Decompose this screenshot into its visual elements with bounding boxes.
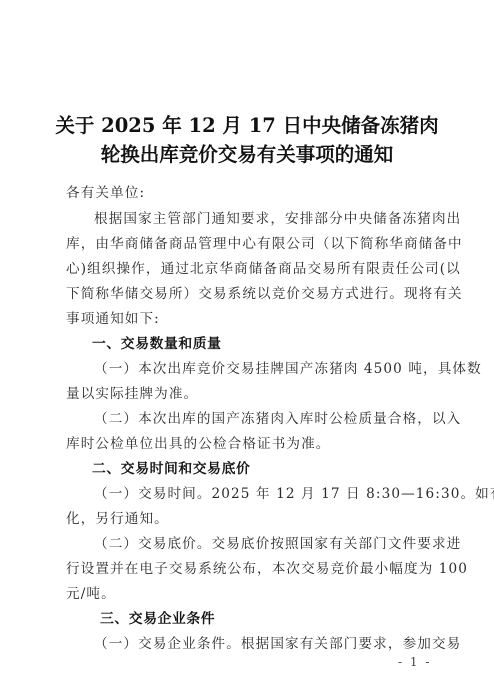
section-1-item-1-line-1: （一）本次出库竞价交易挂牌国产冻猪肉 4500 吨，具体数 [94,357,482,377]
section-2-item-1-line-1: （一）交易时间。2025 年 12 月 17 日 8:30—16:30。如有变 [94,482,494,502]
section-3-item-1-line-1: （一）交易企业条件。根据国家有关部门要求，参加交易 [94,632,461,652]
intro-line-1: 根据国家主管部门通知要求，安排部分中央储备冻猪肉出 [94,207,461,227]
document-title-line-2: 轮换出库竞价交易有关事项的通知 [0,139,494,167]
section-1-item-1-line-2: 量以实际挂牌为准。 [66,382,198,402]
document-title-line-1: 关于 2025 年 12 月 17 日中央储备冻猪肉 [0,110,494,138]
intro-line-4: 下简称华储交易所）交易系统以竞价交易方式进行。现将有关 [66,282,463,302]
section-heading-2: 二、交易时间和交易底价 [92,457,250,477]
section-1-item-2-line-1: （二）本次出库的国产冻猪肉入库时公检质量合格，以入 [94,407,461,427]
section-2-item-2-line-3: 元/吨。 [66,582,116,602]
section-2-item-2-line-2: 行设置并在电子交易系统公布，本次交易竞价最小幅度为 100 [66,557,468,577]
page-number: - 1 - [398,655,431,669]
section-1-item-2-line-2: 库时公检单位出具的公检合格证书为准。 [66,432,331,452]
section-2-item-1-line-2: 化，另行通知。 [66,507,169,527]
intro-line-5: 事项通知如下: [66,307,160,327]
intro-line-2: 库，由华商储备商品管理中心有限公司（以下简称华商储备中 [66,232,463,252]
section-2-item-2-line-1: （二）交易底价。交易底价按照国家有关部门文件要求进 [94,532,461,552]
section-heading-3: 三、交易企业条件 [100,607,215,627]
salutation: 各有关单位: [66,181,145,201]
intro-line-3: 心)组织操作，通过北京华商储备商品交易所有限责任公司(以 [66,257,461,277]
section-heading-1: 一、交易数量和质量 [92,332,222,352]
